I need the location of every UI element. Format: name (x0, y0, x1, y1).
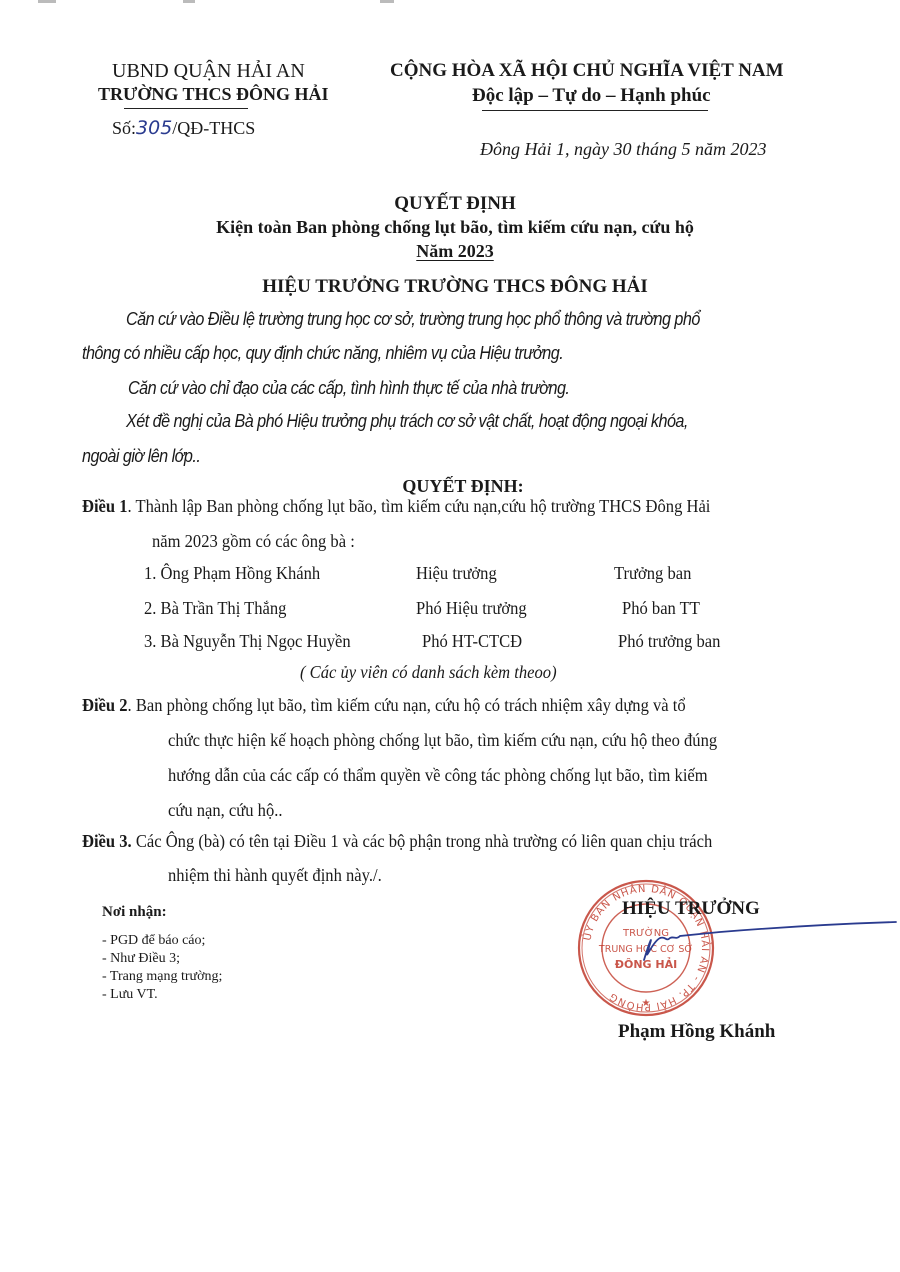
article-1-line-2: năm 2023 gồm có các ông bà : (152, 531, 355, 552)
preamble-3-line-1: Xét đề nghị của Bà phó Hiệu trưởng phụ t… (126, 411, 688, 432)
member-name: 3. Bà Nguyễn Thị Ngọc Huyền (144, 631, 351, 652)
scan-artifact (38, 0, 56, 3)
scan-artifact (183, 0, 195, 3)
preamble-2: Căn cứ vào chỉ đạo của các cấp, tình hìn… (128, 378, 569, 399)
number-prefix: Số: (112, 118, 136, 138)
decision-heading: QUYẾT ĐỊNH: (0, 476, 900, 497)
member-position: Hiệu trưởng (416, 563, 497, 584)
handwritten-number: 305 (136, 117, 172, 139)
header-left-divider (124, 108, 248, 109)
svg-text:★: ★ (642, 998, 651, 1009)
year-text: Năm 2023 (416, 241, 494, 261)
article-2-line-2: chức thực hiện kế hoạch phòng chống lụt … (168, 730, 717, 751)
recipient-item: - Lưu VT. (102, 987, 158, 1003)
national-motto: Độc lập – Tự do – Hạnh phúc (472, 85, 711, 107)
preamble-3-line-2: ngoài giờ lên lớp.. (82, 446, 200, 467)
header-right-divider (482, 110, 708, 111)
scan-artifact (380, 0, 394, 3)
article-2-text: . Ban phòng chống lụt bão, tìm kiếm cứu … (128, 695, 686, 715)
article-2-line-3: hướng dẫn của các cấp có thẩm quyền về c… (168, 765, 708, 786)
signer-name: Phạm Hồng Khánh (618, 1021, 775, 1043)
document-type: QUYẾT ĐỊNH (0, 193, 900, 215)
article-1-text: . Thành lập Ban phòng chống lụt bão, tìm… (128, 496, 711, 516)
nation-title: CỘNG HÒA XÃ HỘI CHỦ NGHĨA VIỆT NAM (390, 60, 784, 82)
school-name: TRƯỜNG THCS ĐÔNG HẢI (98, 84, 329, 105)
recipient-item: - Trang mạng trường; (102, 969, 222, 985)
recipient-item: - PGD để báo cáo; (102, 933, 205, 949)
member-role: Phó trưởng ban (618, 631, 720, 652)
member-role: Trưởng ban (614, 563, 691, 584)
member-name: 1. Ông Phạm Hồng Khánh (144, 563, 320, 584)
document-subject: Kiện toàn Ban phòng chống lụt bão, tìm k… (0, 217, 900, 238)
article-2-line-1: Điều 2. Ban phòng chống lụt bão, tìm kiế… (82, 695, 686, 716)
article-3-text: Các Ông (bà) có tên tại Điều 1 và các bộ… (132, 831, 713, 851)
article-2-label: Điều 2 (82, 695, 128, 715)
members-note: ( Các ủy viên có danh sách kèm theoo) (300, 662, 557, 683)
preamble-1-line-2: thông có nhiều cấp học, quy định chức nă… (82, 343, 563, 364)
authority-name: UBND QUẬN HẢI AN (112, 60, 305, 83)
article-1-label: Điều 1 (82, 496, 128, 516)
recipients-heading: Nơi nhận: (102, 904, 167, 921)
preamble-1-line-1: Căn cứ vào Điều lệ trường trung học cơ s… (126, 309, 700, 330)
member-position: Phó HT-CTCĐ (422, 631, 522, 652)
signer-title: HIỆU TRƯỞNG (622, 898, 760, 920)
place-date: Đông Hải 1, ngày 30 tháng 5 năm 2023 (480, 139, 767, 160)
article-3-line-2: nhiệm thi hành quyết định này./. (168, 865, 382, 886)
handwritten-signature-icon (640, 920, 900, 980)
member-position: Phó Hiệu trưởng (416, 598, 527, 619)
document-year: Năm 2023 (0, 241, 900, 262)
number-suffix: /QĐ-THCS (172, 118, 255, 138)
article-3-line-1: Điều 3. Các Ông (bà) có tên tại Điều 1 v… (82, 831, 712, 852)
recipient-item: - Như Điều 3; (102, 951, 180, 967)
member-name: 2. Bà Trần Thị Thắng (144, 598, 286, 619)
issuer-title: HIỆU TRƯỞNG TRƯỜNG THCS ĐÔNG HẢI (0, 276, 900, 298)
member-role: Phó ban TT (622, 598, 700, 619)
article-3-label: Điều 3. (82, 831, 132, 851)
article-2-line-4: cứu nạn, cứu hộ.. (168, 800, 283, 821)
article-1-line-1: Điều 1. Thành lập Ban phòng chống lụt bã… (82, 496, 710, 517)
document-number: Số:305/QĐ-THCS (112, 117, 255, 139)
